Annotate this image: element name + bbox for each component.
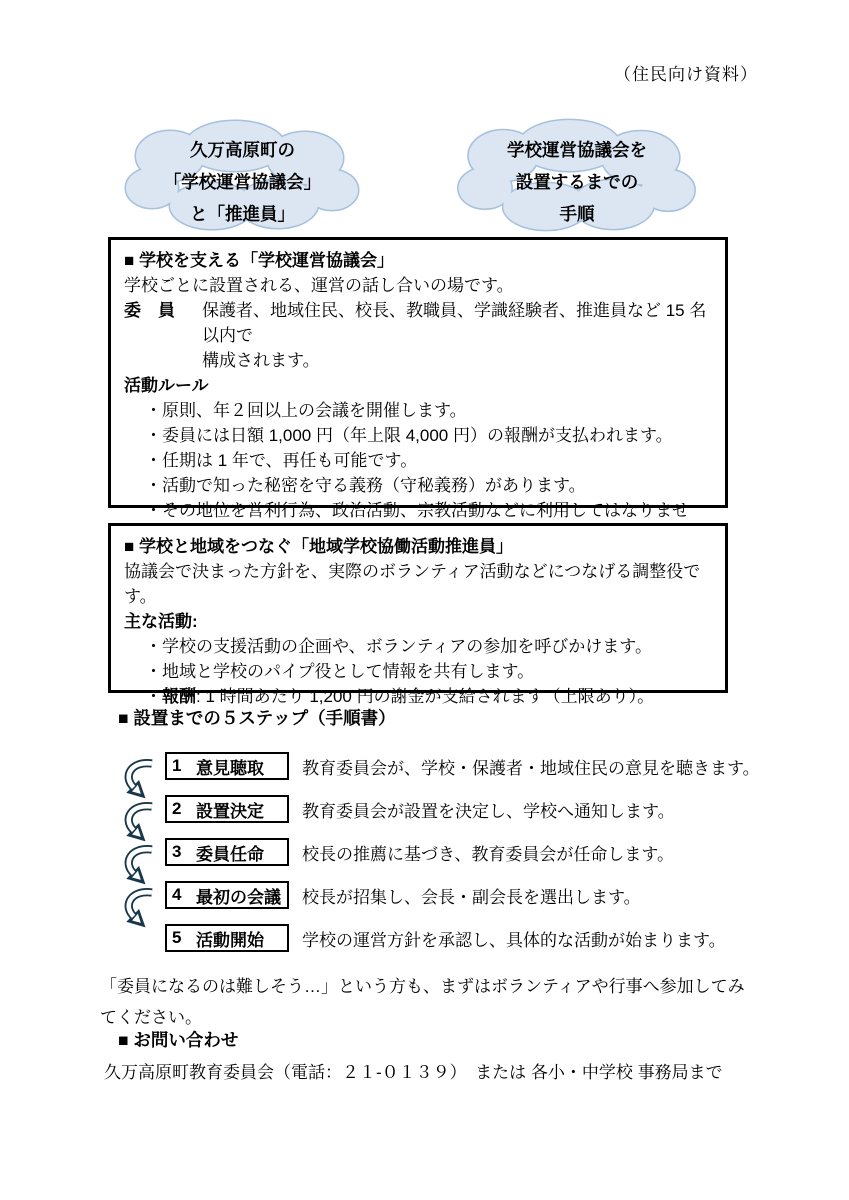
step-description: 校長が招集し、会長・副会長を選出します。 <box>302 883 641 908</box>
loop-arrow-icon <box>120 758 160 802</box>
reward-text: : 1 時間あたり 1,200 円の謝金が支給されます（上限あり）。 <box>196 687 654 706</box>
step-number: 3 <box>172 842 196 862</box>
step-row: 3 委員任命 校長の推薦に基づき、教育委員会が任命します。 <box>165 838 674 866</box>
step-box: 2 設置決定 <box>165 795 289 823</box>
step-box: 3 委員任命 <box>165 838 289 866</box>
closing-note: 「委員になるのは難しそう…」という方も、まずはボランティアや行事へ参加してみ て… <box>100 971 760 1033</box>
step-box: 4 最初の会議 <box>165 881 289 909</box>
steps-title: ■ 設置までの５ステップ（手順書） <box>118 705 396 730</box>
cloud-text-line: 久万高原町の <box>120 134 365 166</box>
step-label: 委員任命 <box>196 840 264 865</box>
step-number: 1 <box>172 756 196 776</box>
contact-heading: ■ お問い合わせ <box>118 1027 238 1052</box>
cloud-callout-right: 学校運営協議会を 設置するまでの 手順 <box>452 113 702 237</box>
rule-item: ・活動で知った秘密を守る義務（守秘義務）があります。 <box>124 473 712 498</box>
council-box-title: ■ 学校を支える「学校運営協議会」 <box>124 248 712 273</box>
promoter-box-title: ■ 学校と地域をつなぐ「地域学校協働活動推進員」 <box>124 534 712 559</box>
cloud-text-line: と「推進員」 <box>120 198 365 230</box>
step-description: 学校の運営方針を承認し、具体的な活動が始まります。 <box>302 926 726 951</box>
cloud-text-line: 設置するまでの <box>452 166 702 198</box>
cloud-left-text: 久万高原町の 「学校運営協議会」 と「推進員」 <box>120 113 365 237</box>
loop-arrow-icon <box>120 887 160 931</box>
activity-item: ・地域と学校のパイプ役として情報を共有します。 <box>124 659 712 684</box>
rule-item: ・任期は 1 年で、再任も可能です。 <box>124 448 712 473</box>
step-description: 教育委員会が設置を決定し、学校へ通知します。 <box>302 797 675 822</box>
step-row: 1 意見聴取 教育委員会が、学校・保護者・地域住民の意見を聴きます。 <box>165 752 760 780</box>
rule-item: ・原則、年２回以上の会議を開催します。 <box>124 398 712 423</box>
step-number: 4 <box>172 885 196 905</box>
activity-item: ・学校の支援活動の企画や、ボランティアの参加を呼びかけます。 <box>124 634 712 659</box>
step-box: 5 活動開始 <box>165 924 289 952</box>
cloud-text-line: 学校運営協議会を <box>452 134 702 166</box>
cloud-text-line: 手順 <box>452 198 702 230</box>
step-description: 教育委員会が、学校・保護者・地域住民の意見を聴きます。 <box>302 754 760 779</box>
council-box: ■ 学校を支える「学校運営協議会」 学校ごとに設置される、運営の話し合いの場です… <box>108 237 728 508</box>
reward-bullet: ・ <box>145 687 162 706</box>
doc-type-label: （住民向け資料） <box>614 60 758 85</box>
step-label: 活動開始 <box>196 926 264 951</box>
step-row: 4 最初の会議 校長が招集し、会長・副会長を選出します。 <box>165 881 641 909</box>
activities-heading: 主な活動: <box>124 609 712 634</box>
step-row: 2 設置決定 教育委員会が設置を決定し、学校へ通知します。 <box>165 795 675 823</box>
step-label: 最初の会議 <box>196 883 281 908</box>
members-row: 委 員 保護者、地域住民、校長、教職員、学識経験者、推進員など 15 名以内で … <box>124 298 712 373</box>
document-page: （住民向け資料） 久万高原町の 「学校運営協議会」 と「推進員」 <box>0 0 849 1200</box>
cloud-text-line: 「学校運営協議会」 <box>120 166 365 198</box>
members-label: 委 員 <box>124 298 202 373</box>
step-number: 2 <box>172 799 196 819</box>
step-label: 設置決定 <box>196 797 264 822</box>
promoter-box: ■ 学校と地域をつなぐ「地域学校協働活動推進員」 協議会で決まった方針を、実際の… <box>108 523 728 693</box>
reward-label: 報酬 <box>162 687 196 706</box>
promoter-box-intro: 協議会で決まった方針を、実際のボランティア活動などにつなげる調整役です。 <box>124 559 712 609</box>
step-box: 1 意見聴取 <box>165 752 289 780</box>
contact-info: 久万高原町教育委員会（電話：２１-０１３９） または 各小・中学校 事務局まで <box>104 1058 723 1083</box>
step-row: 5 活動開始 学校の運営方針を承認し、具体的な活動が始まります。 <box>165 924 726 952</box>
rule-item: ・委員には日額 1,000 円（年上限 4,000 円）の報酬が支払われます。 <box>124 423 712 448</box>
cloud-callout-left: 久万高原町の 「学校運営協議会」 と「推進員」 <box>120 113 365 237</box>
loop-arrow-icon <box>120 844 160 888</box>
rules-heading: 活動ルール <box>124 373 712 398</box>
members-text: 保護者、地域住民、校長、教職員、学識経験者、推進員など 15 名以内で 構成され… <box>202 298 712 373</box>
council-box-intro: 学校ごとに設置される、運営の話し合いの場です。 <box>124 273 712 298</box>
loop-arrow-icon <box>120 801 160 845</box>
step-number: 5 <box>172 928 196 948</box>
step-description: 校長の推薦に基づき、教育委員会が任命します。 <box>302 840 674 865</box>
step-label: 意見聴取 <box>196 754 264 779</box>
steps-flow: 1 意見聴取 教育委員会が、学校・保護者・地域住民の意見を聴きます。 2 設置決… <box>120 752 780 962</box>
cloud-right-text: 学校運営協議会を 設置するまでの 手順 <box>452 113 702 237</box>
